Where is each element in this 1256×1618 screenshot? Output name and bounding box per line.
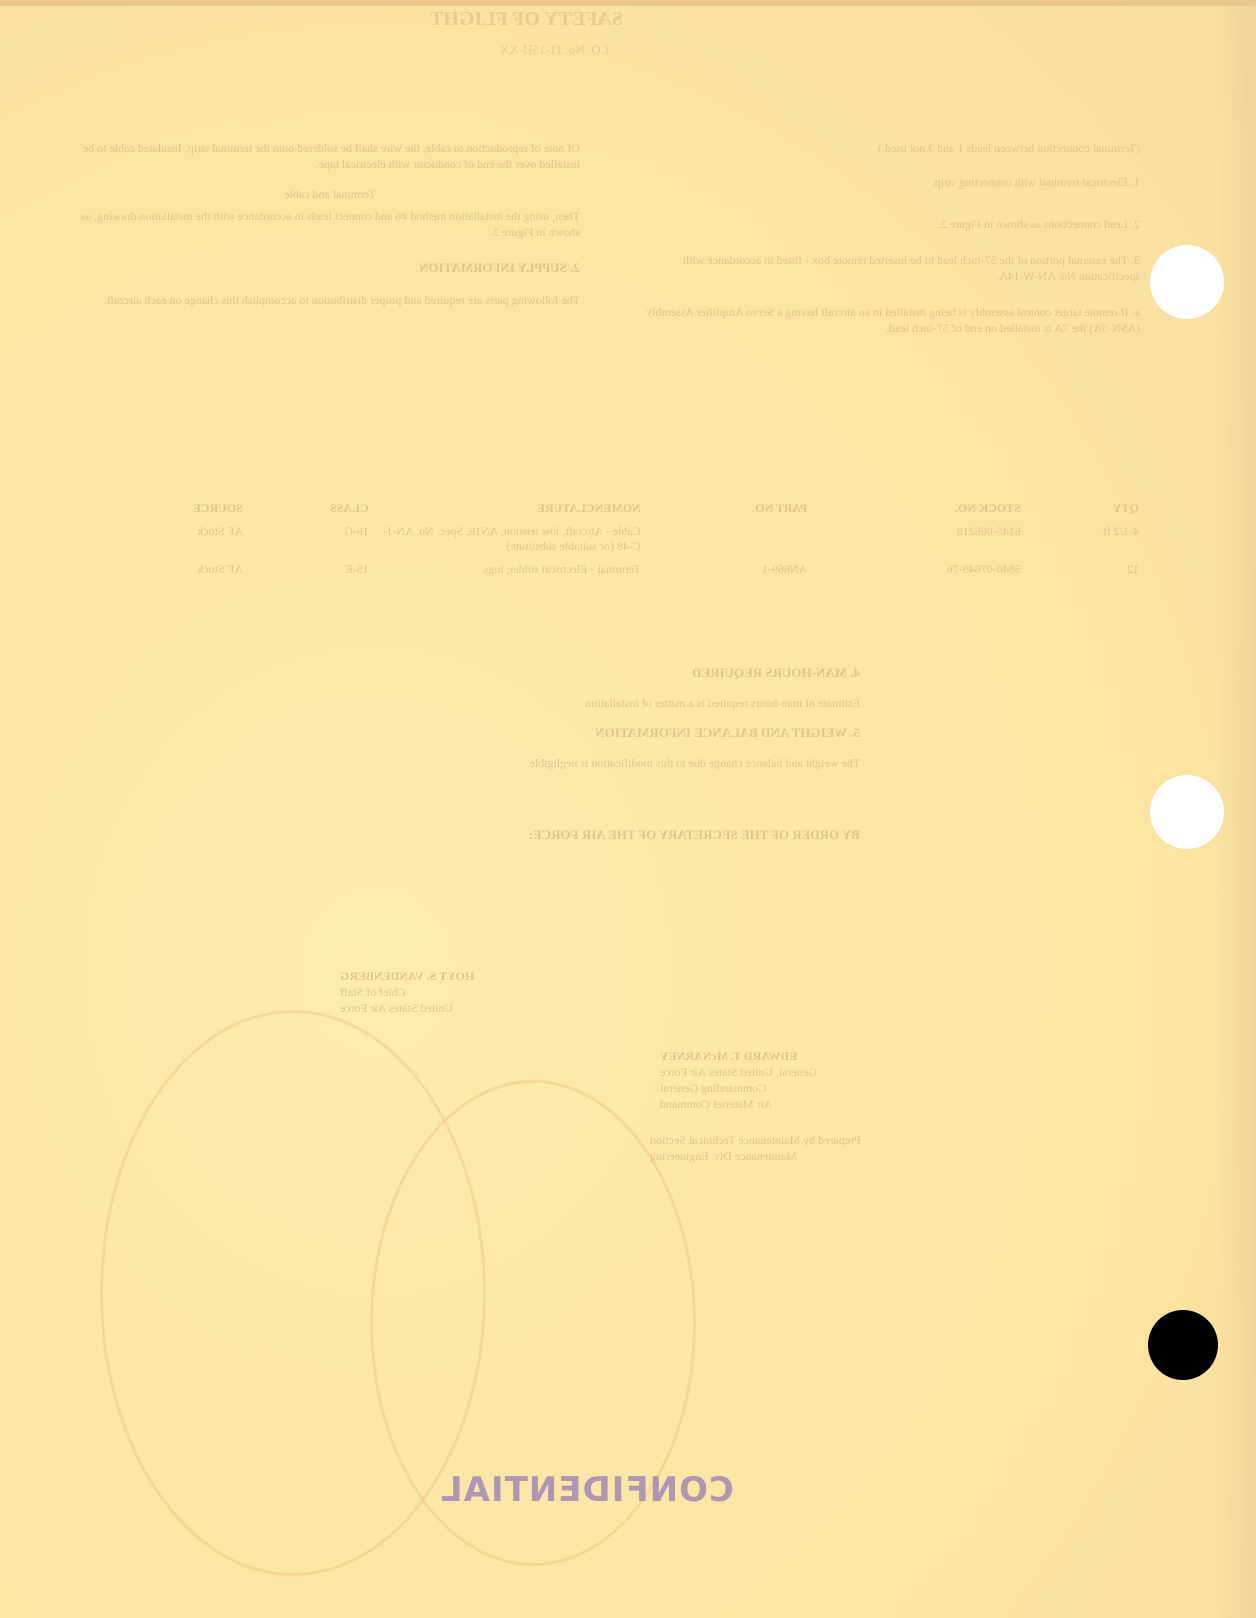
- cell: 12: [1027, 558, 1145, 581]
- signature-name: EDWARD T. McNARNEY: [660, 1048, 890, 1064]
- punch-hole-middle: [1150, 775, 1224, 849]
- signature-name: HOYT S. VANDENBERG: [340, 968, 570, 984]
- cell: Cable - Aircraft, low tension, AN16, Spe…: [375, 520, 647, 558]
- cell: 16-G: [249, 520, 375, 558]
- column-header: STOCK NO.: [813, 497, 1026, 520]
- table-header-row: QTY STOCK NO. PART NO. NOMENCLATURE CLAS…: [95, 497, 1145, 520]
- bleed-signature-left: EDWARD T. McNARNEY General, United State…: [660, 1048, 890, 1112]
- signature-rank: Chief of Staff: [340, 984, 570, 1000]
- column-header: PART NO.: [647, 497, 814, 520]
- cell: 6145-066218: [813, 520, 1026, 558]
- column-header: NOMENCLATURE: [375, 497, 647, 520]
- cell: AN669-1: [647, 558, 814, 581]
- column-header: SOURCE: [95, 497, 249, 520]
- cell: 5940-07649-76: [813, 558, 1026, 581]
- signature-role: Commanding General: [660, 1080, 890, 1096]
- cell: Terminal - Electrical solder, lugs: [375, 558, 647, 581]
- cell: 4-1/2 ft: [1027, 520, 1145, 558]
- paragraph: The following parts are required and pro…: [80, 292, 580, 308]
- prepared-by-line: Prepared by Maintenance Technical Sectio…: [650, 1132, 970, 1148]
- paragraph: The weight and balance change due to thi…: [300, 755, 860, 771]
- section-heading: 4. MAN-HOURS REQUIRED: [300, 665, 860, 681]
- document-back-page: SAFETY OF FLIGHT T.O. No. 11-15H-XX (Ter…: [0, 0, 1256, 1618]
- prepared-by-line: Maintenance Div. Engineering: [650, 1148, 970, 1164]
- signature-rank: General, United States Air Force: [660, 1064, 890, 1080]
- bleed-right-column: Of note of reproduction to cable, the wi…: [80, 140, 580, 314]
- paragraph: Terminal and cable: [80, 186, 580, 202]
- bleed-signature-right: HOYT S. VANDENBERG Chief of Staff United…: [340, 968, 570, 1016]
- section-heading: 2. SUPPLY INFORMATION: [80, 260, 580, 276]
- signature-org: Air Materiel Command: [660, 1096, 890, 1112]
- paragraph: 3. The external portion of the 57-inch l…: [620, 252, 1140, 284]
- confidential-stamp: CONFIDENTIAL: [440, 1470, 734, 1510]
- paragraph: Then, using the installation method #6 a…: [80, 208, 580, 240]
- bleed-left-column: (Terminal connection between leads 1 and…: [620, 140, 1140, 342]
- punch-hole-bottom: [1148, 1310, 1218, 1380]
- paragraph: a. If remote target control assembly is …: [620, 304, 1140, 336]
- order-line: BY ORDER OF THE SECRETARY OF THE AIR FOR…: [300, 827, 860, 843]
- bleed-prepared-by: Prepared by Maintenance Technical Sectio…: [650, 1132, 970, 1164]
- bleed-header-title: SAFETY OF FLIGHT: [430, 8, 623, 31]
- cell: AF Stock: [95, 558, 249, 581]
- signature-org: United States Air Force: [340, 1000, 570, 1016]
- parts-table: QTY STOCK NO. PART NO. NOMENCLATURE CLAS…: [95, 497, 1145, 581]
- paragraph: (Terminal connection between leads 1 and…: [620, 140, 1140, 156]
- table-row: 4-1/2 ft 6145-066218 Cable - Aircraft, l…: [95, 520, 1145, 558]
- cell: [647, 520, 814, 558]
- cell: AF Stock: [95, 520, 249, 558]
- section-heading: 5. WEIGHT AND BALANCE INFORMATION: [300, 725, 860, 741]
- paragraph: 2. Lead connections as shown in Figure 2…: [620, 216, 1140, 232]
- table-row: 12 5940-07649-76 AN669-1 Terminal - Elec…: [95, 558, 1145, 581]
- paragraph: Estimate of man-hours required is a matt…: [300, 695, 860, 711]
- bleed-header-id: T.O. No. 11-15H-XX: [500, 42, 611, 58]
- column-header: QTY: [1027, 497, 1145, 520]
- column-header: CLASS: [249, 497, 375, 520]
- paragraph: Of note of reproduction to cable, the wi…: [80, 140, 580, 172]
- bleed-sections: 4. MAN-HOURS REQUIRED Estimate of man-ho…: [300, 665, 860, 849]
- paragraph: 1. Electrical terminal with connecting s…: [620, 174, 1140, 190]
- cell: 15-E: [249, 558, 375, 581]
- page-top-edge: [0, 0, 1256, 6]
- punch-hole-top: [1150, 245, 1224, 319]
